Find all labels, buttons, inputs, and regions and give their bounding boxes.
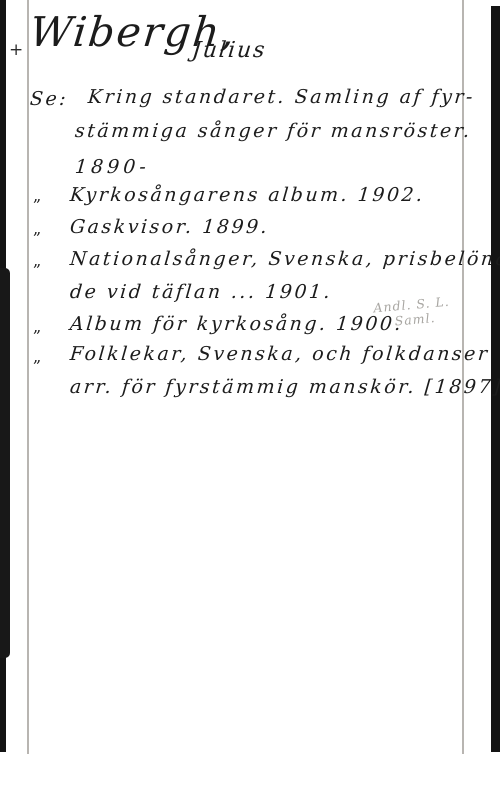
entry-line: Folklekar, Svenska, och folkdanser xyxy=(69,343,490,365)
entry-line: de vid täflan ... 1901. xyxy=(69,281,333,303)
entry-line: Kyrkosångarens album. 1902. xyxy=(69,184,426,206)
plus-mark: + xyxy=(9,40,23,60)
ditto-mark: „ xyxy=(33,317,41,336)
scan-edge-left-bump xyxy=(0,268,10,658)
ditto-mark: „ xyxy=(33,186,41,205)
pencil-annotation: Andl. S. L. Saml. xyxy=(373,294,452,331)
margin-rule-left xyxy=(27,0,29,754)
entry-line: Album för kyrkosång. 1900. xyxy=(69,313,404,335)
given-name-text: Julius xyxy=(191,38,268,63)
ditto-mark: „ xyxy=(33,347,41,366)
ditto-mark: „ xyxy=(33,219,41,238)
reference-line-1: Kring standaret. Samling af fyr- xyxy=(87,86,476,108)
reference-line-2: stämmiga sånger för mansröster. xyxy=(74,120,473,142)
see-prefix: Se: xyxy=(29,88,69,110)
entry-line: Gaskvisor. 1899. xyxy=(69,216,270,238)
entry-line: arr. för fyrstämmig manskör. [1897] xyxy=(69,376,500,398)
catalog-card: + Wibergh, Julius Se: Kring standaret. S… xyxy=(0,0,500,800)
entry-line: Nationalsånger, Svenska, prisbelöna- xyxy=(69,248,500,270)
ditto-mark: „ xyxy=(33,251,41,270)
reference-line-3: 1890- xyxy=(74,156,151,178)
